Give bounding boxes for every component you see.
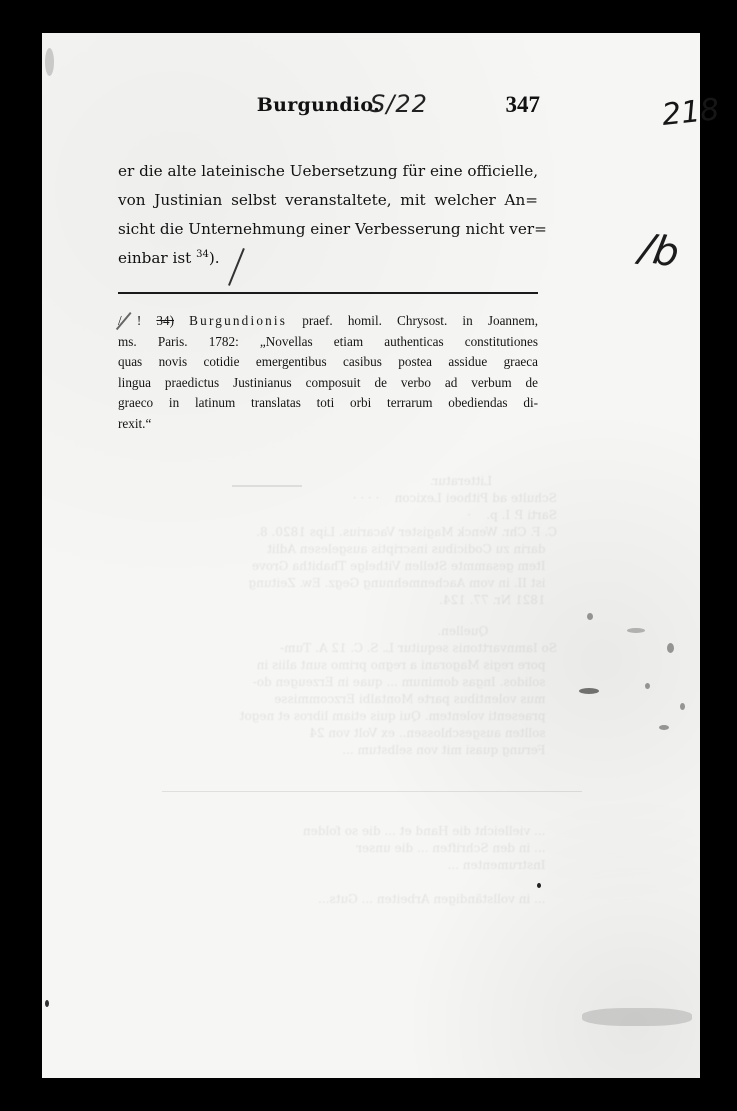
ink-spot [645, 683, 650, 689]
footnote-reference: 34 [196, 249, 209, 260]
ink-spot [537, 883, 541, 888]
body-closing: ). [209, 249, 220, 267]
bleed-through-rule [162, 791, 582, 792]
footnote-line: lingua praedictus Justinianus composuit … [118, 373, 538, 394]
ink-spot [45, 1000, 49, 1007]
footnote-line: graeco in latinum translatas toti orbi t… [118, 393, 538, 414]
handwritten-folio-number: 218 [660, 92, 721, 133]
bleed-through-text: Quellen. So Iamnvarttonis sequitur L. S.… [117, 623, 557, 803]
ink-spot [587, 613, 593, 620]
handwritten-shelfmark: S/22 [370, 90, 428, 118]
ink-spot [680, 703, 685, 710]
footnote-line: / ! 34) Burgundionis praef. homil. Chrys… [118, 311, 538, 332]
footnote-marker: 34) [156, 313, 174, 328]
bleed-through-text: ... vielleicht die Hand et ... die so fo… [117, 823, 557, 933]
stain [45, 48, 54, 76]
footnote-line: quas novis cotidie emergentibus casibus … [118, 352, 538, 373]
footnote-line: rexit.“ [118, 414, 538, 435]
footnote-margin-annotation: / ! [118, 313, 141, 328]
body-line-last: einbar ist 34). [118, 244, 538, 273]
ink-spot [659, 725, 669, 730]
body-text: er die alte lateinische Uebersetzung für… [118, 157, 538, 273]
bleed-through-rule [232, 485, 302, 487]
footnote-text: praef. homil. Chrysost. in Joannem, [287, 313, 538, 328]
body-line: er die alte lateinische Uebersetzung für… [118, 157, 538, 186]
running-head: Burgundio. S/22 347 [75, 92, 540, 126]
body-line: einbar ist [118, 249, 191, 267]
running-head-title: Burgundio. [257, 94, 380, 116]
footnote: / ! 34) Burgundionis praef. homil. Chrys… [118, 311, 538, 434]
stain [582, 1008, 692, 1026]
ink-spot [667, 643, 674, 653]
ink-spot [627, 628, 645, 633]
body-line: von Justinian selbst veranstaltete, mit … [118, 186, 538, 215]
page-number: 347 [506, 92, 541, 118]
ink-spot [579, 688, 599, 694]
bleed-through-text: Litteratur. Schulte ad Pithoei Lexicon ·… [117, 473, 557, 613]
footnote-separator [118, 292, 538, 294]
handwritten-margin-mark: /b [636, 225, 682, 277]
body-line: sicht die Unternehmung einer Verbesserun… [118, 215, 538, 244]
footnote-line: ms. Paris. 1782: „Novellas etiam authent… [118, 332, 538, 353]
footnote-author: Burgundionis [189, 313, 287, 328]
